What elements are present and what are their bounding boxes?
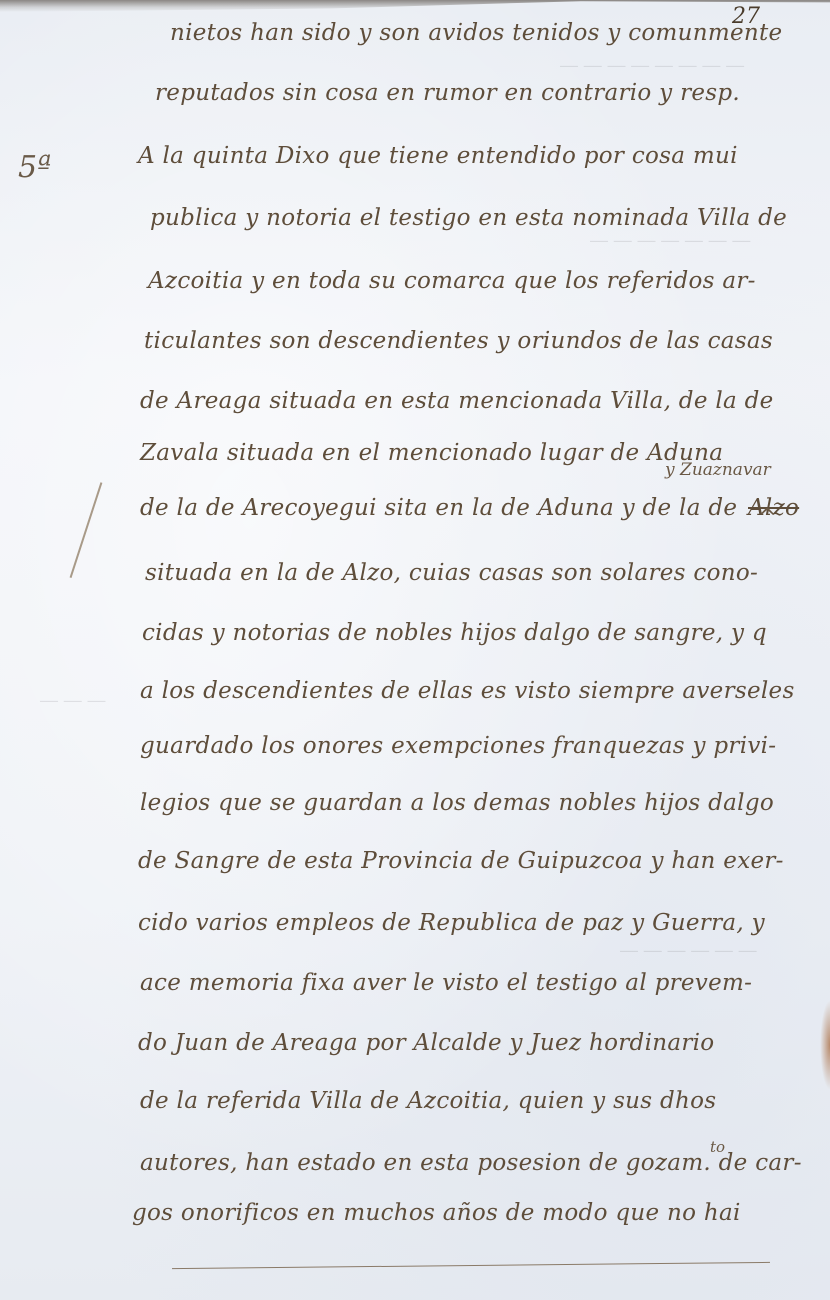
manuscript-line-9: de la de Arecoyegui sita en la de Aduna … [140, 495, 750, 521]
manuscript-page: ― ― ― ― ― ― ― ― ― ― ― ― ― ― ― ― ― ― ― ― … [0, 0, 830, 1300]
manuscript-line-21: gos onorificos en muchos años de modo qu… [132, 1200, 822, 1226]
manuscript-line-15: de Sangre de esta Provincia de Guipuzcoa… [138, 848, 828, 874]
manuscript-line-12: a los descendientes de ellas es visto si… [140, 678, 830, 704]
manuscript-line-1: nietos han sido y son avidos tenidos y c… [170, 20, 830, 46]
bleed-through-text: ― ― ― ― ― ― [620, 940, 757, 961]
manuscript-line-11: cidas y notorias de nobles hijos dalgo d… [142, 620, 830, 646]
manuscript-line-4: publica y notoria el testigo en esta nom… [150, 205, 830, 231]
manuscript-line-13: guardado los onores exempciones franquez… [140, 733, 830, 759]
bleed-through-text: ― ― ― [40, 690, 105, 711]
manuscript-line-16: cido varios empleos de Republica de paz … [138, 910, 828, 936]
manuscript-line-14: legios que se guardan a los demas nobles… [140, 790, 830, 816]
bleed-through-text: ― ― ― ― ― ― ― ― [560, 55, 744, 76]
page-top-edge-shadow [0, 0, 830, 12]
manuscript-line-18: do Juan de Areaga por Alcalde y Juez hor… [138, 1030, 828, 1056]
manuscript-line-17: ace memoria fixa aver le visto el testig… [140, 970, 830, 996]
manuscript-line-10: situada en la de Alzo, cuias casas son s… [145, 560, 830, 586]
manuscript-line-2: reputados sin cosa en rumor en contrario… [155, 80, 830, 106]
manuscript-line-6: ticulantes son descendientes y oriundos … [144, 328, 830, 354]
manuscript-line-7: de Areaga situada en esta mencionada Vil… [140, 388, 830, 414]
margin-article-number: 5ª [18, 150, 51, 185]
superscript-abbreviation: to [710, 1138, 725, 1156]
manuscript-line-19: de la referida Villa de Azcoitia, quien … [140, 1088, 830, 1114]
bleed-through-text: ― ― ― ― ― ― ― [590, 230, 750, 251]
closing-rule-line [172, 1262, 770, 1269]
manuscript-line-3: A la quinta Dixo que tiene entendido por… [138, 143, 828, 169]
manuscript-line-20: autores, han estado en esta posesion de … [140, 1150, 830, 1176]
interlinear-insertion: y Zuaznavar [665, 460, 771, 480]
manuscript-line-5: Azcoitia y en toda su comarca que los re… [148, 268, 830, 294]
insertion-caret: ^ [758, 505, 776, 530]
margin-insertion-mark [70, 482, 102, 578]
